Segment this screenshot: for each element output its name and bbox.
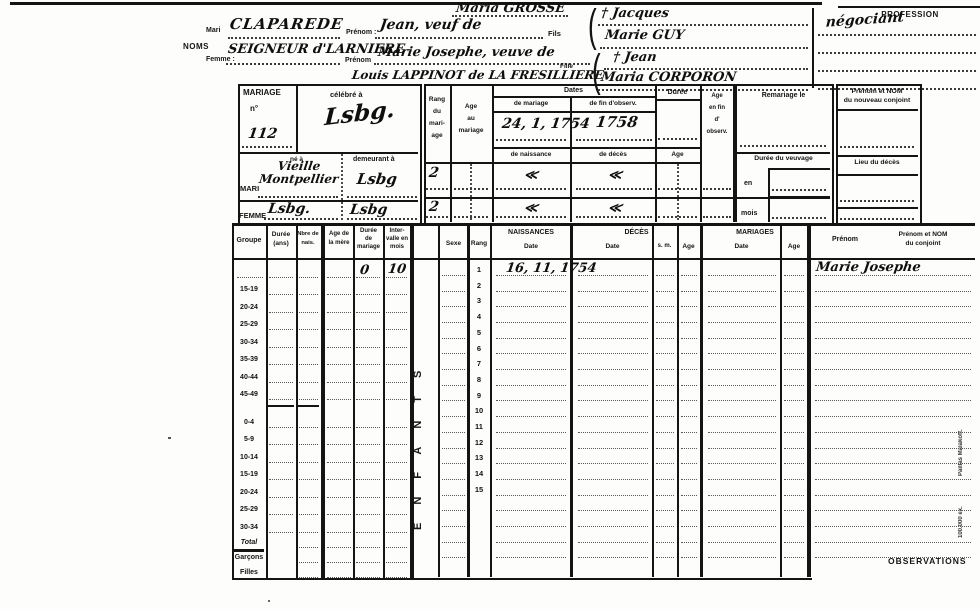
dotted-line [269,399,293,400]
dotted-line [442,463,465,464]
dotted-line [356,577,380,578]
header-line [655,99,700,101]
nouveau-conjoint-header: du nouveau conjoint [836,97,918,104]
dotted-line [356,364,380,365]
dotted-line [656,542,674,543]
dotted-line [656,416,674,417]
dotted-line [578,306,648,307]
duree-ans-header: (ans) [266,240,296,247]
mari-surname-handwriting: CLAPAREDE [229,15,345,33]
dotted-line [442,416,465,417]
col-line [490,223,492,577]
dotted-line [681,353,697,354]
dotted-line [578,463,648,464]
dotted-line [496,385,566,386]
mari-rang-handwriting: 2 [428,165,440,181]
dotted-line [269,532,293,533]
dotted-line [327,444,351,445]
dotted-line [708,463,776,464]
nbre-nais-header: nais. [294,240,322,246]
nbre-nais-header: Nbre de [294,231,322,237]
dotted-line [656,385,674,386]
dotted-line [269,444,293,445]
dotted-line [269,294,293,295]
dotted-line [496,416,566,417]
first-wife-handwriting: Maria GROSSE [455,1,566,16]
family-record-form: NOMS Mari CLAPAREDE Prénom : Jean, veuf … [0,0,980,609]
rang-mariage-header: Rang [424,96,450,103]
dotted-line [815,416,971,417]
dotted-line [356,347,380,348]
dotted-line [681,463,697,464]
dotted-line [226,63,340,65]
numero-label: n° [250,104,258,113]
col-line [570,96,572,222]
dotted-line [496,542,566,543]
dotted-line [299,514,318,515]
intervalle-header: valle en [384,236,410,242]
dotted-line [327,462,351,463]
dotted-line [442,353,465,354]
intervalle-value-handwriting: 10 [387,262,407,277]
dotted-line [578,369,648,370]
group-row-label: Garçons [232,554,266,561]
col-line-thick [321,223,325,580]
duree-header: Durée [655,89,700,96]
col-line [438,223,440,577]
dotted-line [681,400,697,401]
femme-birth-idem-mark: ≪ [523,201,539,216]
col-line [296,223,298,580]
col-line [353,223,355,580]
top-rule-right [838,6,980,8]
dotted-line [708,557,776,558]
header-line [492,96,655,98]
dotted-line [703,216,731,218]
group-separator [268,405,294,407]
femme-birthplace-handwriting: Lsbg. [267,201,311,217]
naissances-header: NAISSANCES [492,229,570,236]
mariage-row-line [238,152,418,154]
dotted-line [656,432,674,433]
dotted-line [681,495,697,496]
row-line [424,197,830,199]
group-row-label: 30-34 [232,339,266,346]
en-label: en [744,180,752,187]
mari-father-handwriting: † Jacques [600,6,670,21]
rang-number: 2 [468,281,490,290]
dotted-line [681,306,697,307]
dotted-line [656,463,674,464]
dotted-line [681,385,697,386]
dotted-line [269,329,293,330]
dotted-line [708,448,776,449]
dotted-line [327,427,351,428]
dotted-line [815,385,971,386]
prenom-header: Prénom [815,236,875,243]
dotted-line [269,427,293,428]
dotted-line [386,347,407,348]
nouveau-conjoint-header: Prénom et NOM [836,88,918,95]
dotted-line [708,495,776,496]
dotted-line [708,306,776,307]
dotted-line [442,557,465,558]
dotted-line [442,369,465,370]
dotted-line [656,275,674,276]
rang-number: 15 [468,485,490,494]
group-row-label: 5-9 [232,436,266,443]
dotted-line [327,514,351,515]
dotted-line [578,416,648,417]
group-row-label: 45-49 [232,391,266,398]
group-row-label: 25-29 [232,506,266,513]
dotted-line [578,448,648,449]
group-row-label: 35-39 [232,356,266,363]
header-line [737,152,830,154]
dotted-line [386,479,407,480]
rang-number: 8 [468,375,490,384]
dotted-line [496,557,566,558]
dotted-line [496,188,566,190]
dotted-line [496,495,566,496]
dotted-column-divider [470,164,472,220]
deces-age-header: Age [677,243,700,250]
dotted-line [299,444,318,445]
group-row-label: 40-44 [232,374,266,381]
dotted-column-divider [341,154,343,220]
dotted-line [708,322,776,323]
age-mere-header: la mère [325,240,353,246]
dotted-line [784,400,804,401]
intervalle-header: mois [384,244,410,250]
dotted-line [708,542,776,543]
dotted-line [815,463,971,464]
rang-header: Rang [468,240,490,247]
dotted-line [708,369,776,370]
dotted-line [386,277,407,278]
dotted-line [496,139,566,141]
conjoint-header: Prénom et NOM [878,231,968,238]
birth-date-handwriting: 16, 11, 1754 [505,261,598,276]
dotted-line [784,338,804,339]
dotted-line [496,216,566,218]
dotted-line [784,526,804,527]
deces-header: de décès [571,151,655,158]
dotted-line [327,364,351,365]
rang-number: 1 [468,265,490,274]
dotted-line [784,448,804,449]
group-row-label: 15-19 [232,471,266,478]
col-line [780,223,782,577]
dotted-line [386,382,407,383]
dotted-line [386,497,407,498]
dotted-line [598,24,808,26]
dotted-line [708,353,776,354]
dotted-line [578,432,648,433]
col-line-thick [570,223,573,577]
femme-residence-handwriting: Lsbg [349,202,389,218]
dotted-line [269,364,293,365]
dotted-line [708,510,776,511]
dotted-line [681,369,697,370]
dotted-line [815,275,971,276]
dotted-line [840,200,914,202]
dotted-line [681,432,697,433]
top-rule [10,2,822,5]
dotted-line [784,479,804,480]
dotted-line [656,495,674,496]
total-underline [234,549,264,552]
dotted-line [784,275,804,276]
dotted-line [708,291,776,292]
dotted-line [708,385,776,386]
dotted-line [299,427,318,428]
col-line [677,223,679,577]
dotted-line [327,497,351,498]
dotted-line [386,294,407,295]
age-fin-header: Age [701,93,733,99]
age-fin-header: d' [701,117,733,123]
dotted-line [708,432,776,433]
conjoint-header: du conjoint [878,240,968,247]
dotted-line [658,188,697,190]
age-mere-header: Age de [325,231,353,237]
dotted-line [269,382,293,383]
dotted-line [299,312,318,313]
mariage-inner-divider [296,84,298,152]
dotted-line [681,448,697,449]
dotted-line [496,448,566,449]
table-top-border [232,223,975,226]
dotted-line [496,353,566,354]
dotted-line [578,542,648,543]
dotted-line [496,400,566,401]
dotted-line [347,218,417,220]
dotted-line [386,312,407,313]
dotted-line [815,432,971,433]
dotted-line [703,188,731,190]
mariage-row-line [238,200,418,202]
dotted-line [299,547,318,548]
dotted-line [386,562,407,563]
dotted-line [656,306,674,307]
femme-row-label: FEMME [239,211,266,220]
dotted-line [269,497,293,498]
deces-header: DÉCÈS [573,229,700,236]
header-line [836,207,918,209]
dotted-line [784,385,804,386]
date-mariage-header: de mariage [492,100,570,107]
dotted-line [656,369,674,370]
age-mariage-header: Age [450,103,492,110]
end-observation-handwriting: 1758 [595,113,639,131]
dotted-line [496,463,566,464]
dotted-line [442,338,465,339]
rang-number: 12 [468,438,490,447]
dotted-line [578,495,648,496]
dotted-line [327,347,351,348]
group-row-label: 15-19 [232,286,266,293]
mariages-date-header: Date [703,243,780,250]
rang-number: 4 [468,312,490,321]
brace-icon: ( [588,3,597,47]
dotted-line [356,294,380,295]
dotted-line [442,306,465,307]
header-line [424,162,700,164]
dotted-line [356,277,380,278]
dotted-line [356,562,380,563]
dotted-line [656,322,674,323]
dotted-line [784,306,804,307]
header-line [836,174,918,176]
rang-number: 11 [468,422,490,431]
dotted-line [815,306,971,307]
dotted-line [442,275,465,276]
dotted-line [496,291,566,292]
rang-mariage-header: mari- [424,120,450,127]
group-separator [298,405,319,407]
mois-label: mois [741,210,757,217]
age-mariage-header: mariage [450,127,492,134]
femme-father-handwriting: † Jean [612,50,658,65]
mariages-header: MARIAGES [703,229,807,236]
dotted-line [375,37,543,39]
dotted-line [496,369,566,370]
scan-speck [268,600,270,602]
femme-death-idem-mark: ≪ [607,201,623,216]
rang-mariage-header: age [424,132,450,139]
dotted-line [681,416,697,417]
dotted-line [784,463,804,464]
dotted-line [454,216,488,218]
group-row-label: 10-14 [232,454,266,461]
dotted-line [386,329,407,330]
dotted-line [327,294,351,295]
dotted-line [454,188,488,190]
dotted-line [578,291,648,292]
dotted-line [327,399,351,400]
dotted-line [496,322,566,323]
dotted-line [578,400,648,401]
dotted-line [442,432,465,433]
dotted-line [442,495,465,496]
dotted-line [784,432,804,433]
dotted-line [578,322,648,323]
mari-row-label: MARI [240,184,259,193]
dotted-line [784,416,804,417]
dotted-line [815,369,971,370]
dotted-line [496,432,566,433]
dotted-line [264,218,338,220]
demeurant-label: demeurant à [353,156,395,163]
dotted-line [386,514,407,515]
group-row-label: 30-34 [232,524,266,531]
dotted-line [442,400,465,401]
dotted-line [656,338,674,339]
dotted-line [818,52,976,54]
prenom-mari-label: Prénom : [346,29,376,36]
dotted-line [374,63,590,65]
dotted-line [327,479,351,480]
table-bottom-border [232,578,812,580]
dotted-line [386,444,407,445]
dotted-line [269,462,293,463]
dotted-line [815,557,971,558]
dotted-line [426,188,448,190]
dotted-line [356,462,380,463]
age-fin-header: observ. [701,129,733,135]
enfants-vertical-label: ENFANTS [412,312,436,530]
dotted-line [656,557,674,558]
mariage-title: MARIAGE [243,88,281,97]
femme-label: Femme : [206,56,235,63]
dotted-line [299,294,318,295]
mari-mother-handwriting: Marie GUY [604,28,685,43]
dotted-line [442,479,465,480]
scan-speck [168,437,171,439]
duree-mariage-header: de [354,236,383,242]
dotted-line [386,364,407,365]
dotted-line [327,562,351,563]
dotted-line [815,495,971,496]
group-row-label: 0-4 [232,419,266,426]
dates-header: Dates [492,87,655,94]
dotted-line [496,510,566,511]
dotted-line [386,547,407,548]
dotted-line [656,448,674,449]
dotted-line [656,400,674,401]
dotted-line [299,277,318,278]
dotted-line [299,562,318,563]
dotted-line [299,347,318,348]
dotted-line [442,510,465,511]
dotted-line [772,217,826,219]
fils-label: Fils [548,29,561,38]
dotted-line [299,577,318,578]
dotted-line [327,532,351,533]
intervalle-header: Inter- [384,228,410,234]
mariage-number-handwriting: 112 [247,126,278,142]
dotted-line [327,312,351,313]
printer-imprint: Paillas Malakoff. [958,398,964,476]
dotted-line [356,444,380,445]
dotted-line [656,479,674,480]
dotted-line [299,329,318,330]
dotted-line [681,510,697,511]
dotted-line [269,312,293,313]
dotted-line [578,338,648,339]
col-line-thick [807,223,811,577]
dotted-line [347,196,417,198]
dotted-line [356,479,380,480]
rang-number: 5 [468,328,490,337]
dotted-line [299,382,318,383]
remariage-header: Remariage le [737,92,830,99]
sm-header: s. m. [652,243,677,249]
dotted-line [840,146,914,148]
sexe-header: Sexe [440,240,467,247]
dotted-line [269,347,293,348]
dotted-line [356,497,380,498]
dotted-line [740,145,826,147]
profession-divider [812,8,814,88]
dotted-line [442,385,465,386]
dotted-line [299,497,318,498]
dotted-line [815,400,971,401]
age-mariage-header: au [450,115,492,122]
col-line [652,223,654,577]
dotted-line [496,275,566,276]
